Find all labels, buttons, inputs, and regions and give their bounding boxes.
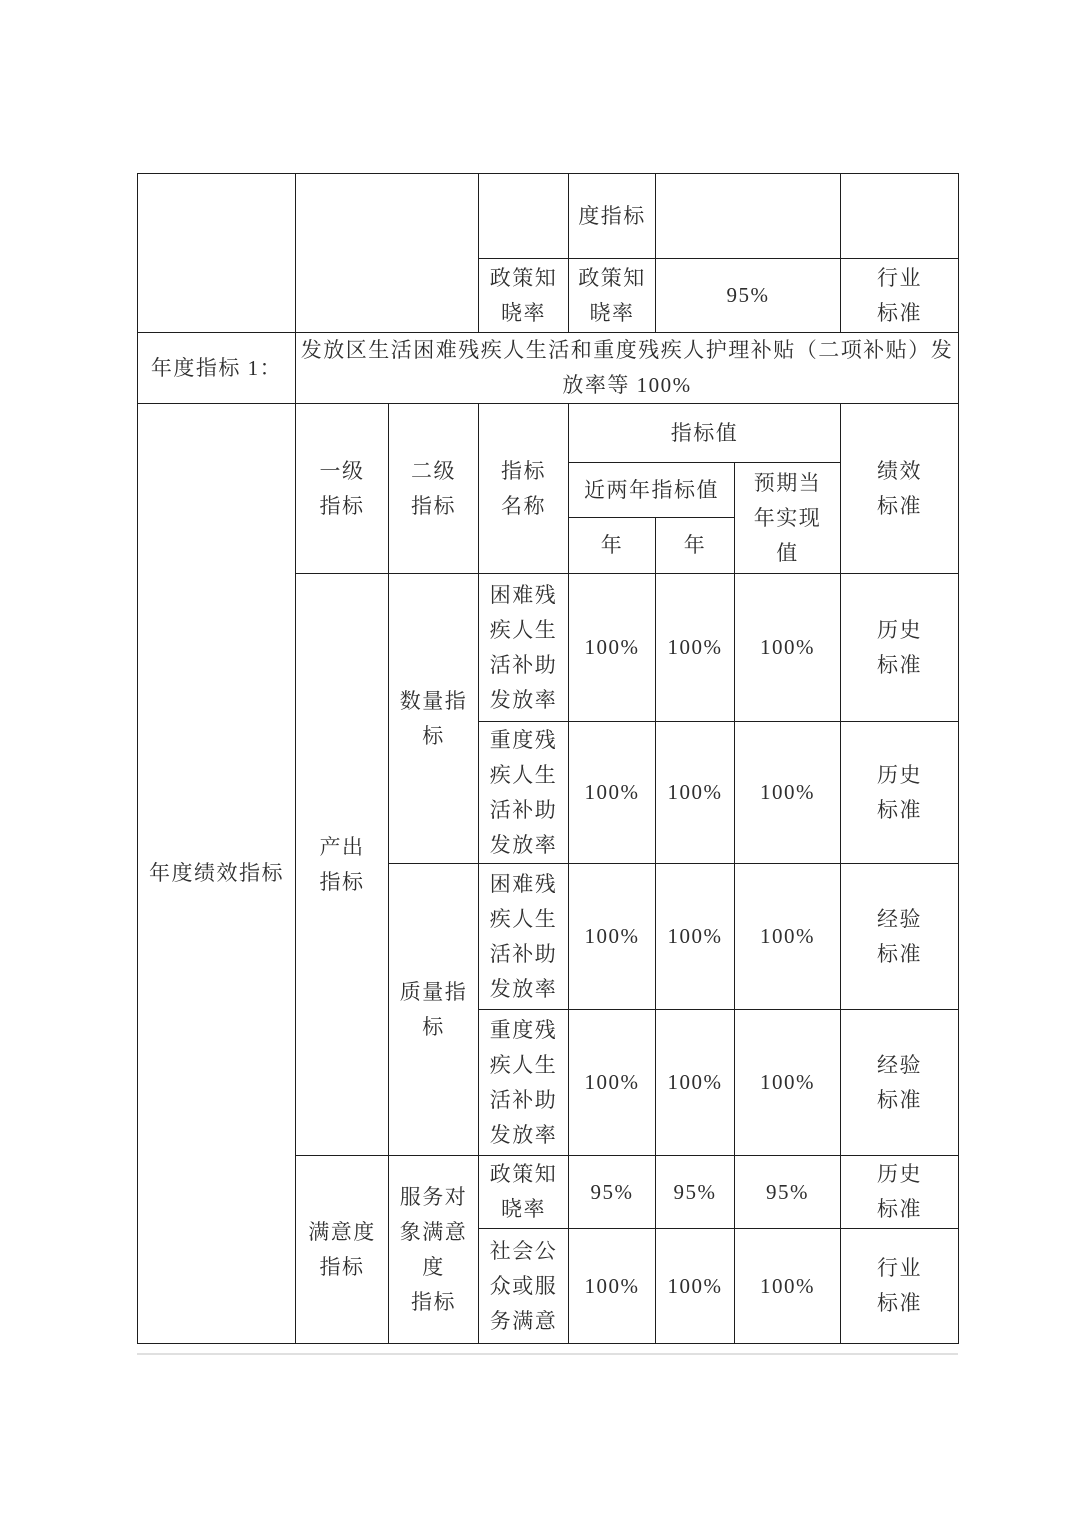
value-year2-cell: 95% <box>656 1156 735 1229</box>
value-year2-cell: 100% <box>656 1229 735 1344</box>
standard-cell: 历史 标准 <box>841 574 959 722</box>
standard-cell: 历史 标准 <box>841 1156 959 1229</box>
standard-cell: 经验 标准 <box>841 1010 959 1156</box>
indicator-name-cell: 政策知 晓率 <box>479 1156 569 1229</box>
page-break-line <box>137 1353 958 1355</box>
standard-cell: 行业 标准 <box>841 1229 959 1344</box>
header-performance-standard-cell: 绩效 标准 <box>841 404 959 574</box>
group-quantity-cell: 数量指 标 <box>389 574 479 864</box>
document-page: 度指标 政策知 晓率 政策知 晓率 95% 行业 标准 年度指标 1： 发放区生… <box>0 0 1074 1520</box>
standard-cell: 经验 标准 <box>841 864 959 1010</box>
value-year2-cell: 100% <box>656 574 735 722</box>
value-year1-cell: 100% <box>569 864 656 1010</box>
value-expected-cell: 100% <box>735 722 841 864</box>
carryover-empty-left-cell <box>138 174 296 333</box>
performance-indicator-table: 度指标 政策知 晓率 政策知 晓率 95% 行业 标准 年度指标 1： 发放区生… <box>137 173 959 1344</box>
header-year1-cell: 年 <box>569 518 656 574</box>
value-year1-cell: 100% <box>569 574 656 722</box>
annual-target-label-cell: 年度指标 1： <box>138 333 296 404</box>
value-year1-cell: 100% <box>569 722 656 864</box>
policy-awareness-name-cell: 政策知 晓率 <box>479 259 569 333</box>
carryover-empty-value-cell <box>656 174 841 259</box>
carryover-empty-group-cell <box>296 174 479 333</box>
annual-target-content-cell: 发放区生活困难残疾人生活和重度残疾人护理补贴（二项补贴）发 放率等 100% <box>296 333 959 404</box>
policy-awareness-name2-cell: 政策知 晓率 <box>569 259 656 333</box>
header-year2-cell: 年 <box>656 518 735 574</box>
value-year1-cell: 100% <box>569 1229 656 1344</box>
header-level2-cell: 二级 指标 <box>389 404 479 574</box>
value-expected-cell: 100% <box>735 1229 841 1344</box>
annual-target-row: 年度指标 1： 发放区生活困难残疾人生活和重度残疾人护理补贴（二项补贴）发 放率… <box>138 333 959 404</box>
header-level1-cell: 一级 指标 <box>296 404 389 574</box>
header-recent-two-years-cell: 近两年指标值 <box>569 463 735 518</box>
row-group-label-cell: 年度绩效指标 <box>138 404 296 1344</box>
indicator-name-cell: 困难残 疾人生 活补助 发放率 <box>479 864 569 1010</box>
indicator-name-cell: 困难残 疾人生 活补助 发放率 <box>479 574 569 722</box>
value-expected-cell: 100% <box>735 864 841 1010</box>
group-output-cell: 产出 指标 <box>296 574 389 1156</box>
carryover-row-a: 度指标 <box>138 174 959 259</box>
group-quality-cell: 质量指 标 <box>389 864 479 1156</box>
value-year2-cell: 100% <box>656 722 735 864</box>
carryover-empty-name-cell <box>479 174 569 259</box>
group-satisfaction-cell: 满意度 指标 <box>296 1156 389 1344</box>
carryover-standard-cell: 行业 标准 <box>841 259 959 333</box>
header-indicator-value-cell: 指标值 <box>569 404 841 463</box>
value-year1-cell: 100% <box>569 1010 656 1156</box>
value-expected-cell: 100% <box>735 1010 841 1156</box>
indicator-name-cell: 重度残 疾人生 活补助 发放率 <box>479 1010 569 1156</box>
carryover-empty-standard-cell <box>841 174 959 259</box>
header-indicator-name-cell: 指标 名称 <box>479 404 569 574</box>
indicator-tail-cell: 度指标 <box>569 174 656 259</box>
value-year2-cell: 100% <box>656 1010 735 1156</box>
header-row-1: 年度绩效指标 一级 指标 二级 指标 指标 名称 指标值 绩效 标准 <box>138 404 959 463</box>
value-year2-cell: 100% <box>656 864 735 1010</box>
indicator-name-cell: 社会公 众或服 务满意 <box>479 1229 569 1344</box>
header-expected-current-year-cell: 预期当 年实现 值 <box>735 463 841 574</box>
group-service-target-cell: 服务对 象满意 度 指标 <box>389 1156 479 1344</box>
carryover-value-cell: 95% <box>656 259 841 333</box>
indicator-name-cell: 重度残 疾人生 活补助 发放率 <box>479 722 569 864</box>
standard-cell: 历史 标准 <box>841 722 959 864</box>
value-year1-cell: 95% <box>569 1156 656 1229</box>
value-expected-cell: 100% <box>735 574 841 722</box>
value-expected-cell: 95% <box>735 1156 841 1229</box>
